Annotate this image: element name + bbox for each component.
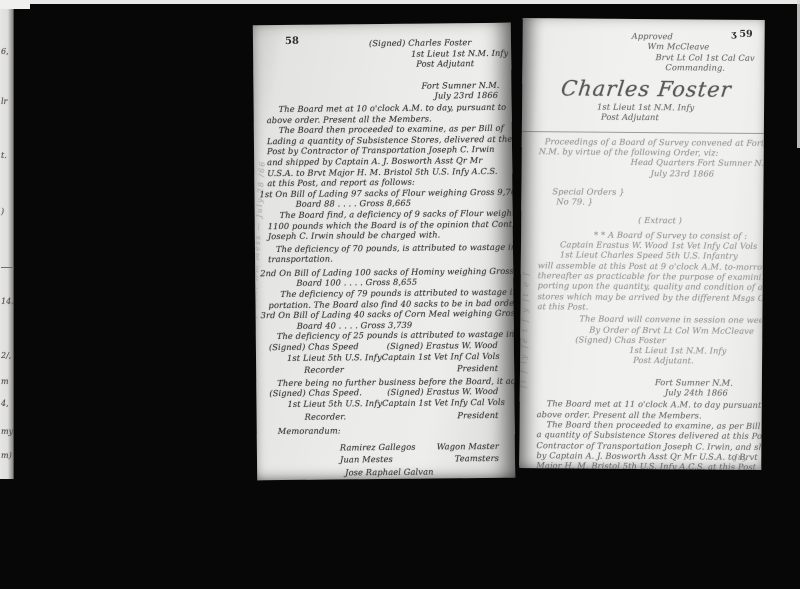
manuscript-line: Juan MestesTeamsters [340,453,507,465]
manuscript-line: Post Adjutant [601,112,756,124]
catchword: Jny [734,453,747,462]
stray-mark: 2/, [1,351,11,360]
stray-mark: 4, [1,399,9,408]
manuscript-line: Charles Foster [560,76,758,104]
stray-mark: my [1,427,13,436]
stray-mark: t. [1,151,7,160]
stray-mark: m) [1,451,12,460]
stray-mark: lr [1,97,7,106]
manuscript-line: RecorderPresident [304,363,506,376]
stray-mark: 14. [1,297,14,306]
scanned-ledger-spread: 6,lrt.)14.2/,m4,mym) 58 Recd Maj Genl Wm… [0,0,800,589]
stray-mark: ) [1,207,4,216]
manuscript-line: at this Post. [537,301,754,313]
scanner-top-strip [0,0,800,4]
left-page: 58 Recd Maj Genl Wm Mess — July 28 /66 (… [253,23,515,480]
previous-page-edge: 6,lrt.)14.2/,m4,mym) [0,9,14,479]
manuscript-line: July 23rd 1866 [651,168,756,179]
right-page-text: ApprovedWm McCleaveBrvt Lt Col 1st Cal C… [519,18,765,470]
manuscript-line: Post Adjutant. [633,355,754,366]
manuscript-line: Alexandro Velasquez. [348,478,507,480]
stray-mark [1,267,14,268]
manuscript-line: Memorandum: [278,424,507,437]
manuscript-line: Brvt Lt Col 1st Cal Cav [655,52,756,63]
manuscript-line: Ramirez GallegosWagon Master [340,441,507,453]
ruled-line [522,131,764,134]
stray-mark: m [1,377,9,386]
manuscript-line: 1st Lieut 1st N.M. Infy [411,47,503,58]
right-page: ʒ59 ſt f ly ſe t f y ſt e f ApprovedWm M… [519,18,765,470]
manuscript-line: Major H. M. Bristol 5th U.S. Infy A.C.S.… [536,460,753,470]
manuscript-line: Joseph C. Irwin should be charged with. [268,229,505,242]
manuscript-line: The Board will convene in session one we… [579,314,754,326]
manuscript-line: Head Quarters Fort Sumner N.M. [631,157,756,168]
stray-mark: 6, [1,47,9,56]
manuscript-line: July 24th 1866 [665,387,754,398]
manuscript-line: The Board met at 10 o'clock A.M. to day,… [279,102,504,115]
manuscript-line: Commanding. [665,62,756,73]
manuscript-line: Post Adjutant [416,58,503,69]
manuscript-line: Recorder.President [305,409,507,422]
manuscript-line: ( Extract ) [638,215,755,226]
left-page-text: (Signed) Charles Foster1st Lieut 1st N.M… [253,23,515,480]
manuscript-line: transportation. [268,252,505,265]
manuscript-line: Jose Raphael Galvan [345,466,507,478]
manuscript-line: July 23rd 1866 [434,90,503,101]
manuscript-line: 1st Lieut 5th U.S. InfyCaptain 1st Vet I… [287,397,506,410]
manuscript-line: No 79. } [556,197,755,209]
manuscript-line: 1st Lieut 5th U.S. InfyCaptain 1st Vet I… [287,350,506,363]
manuscript-line: Wm McCleave [648,41,757,52]
scanner-corner-strip [0,0,30,9]
